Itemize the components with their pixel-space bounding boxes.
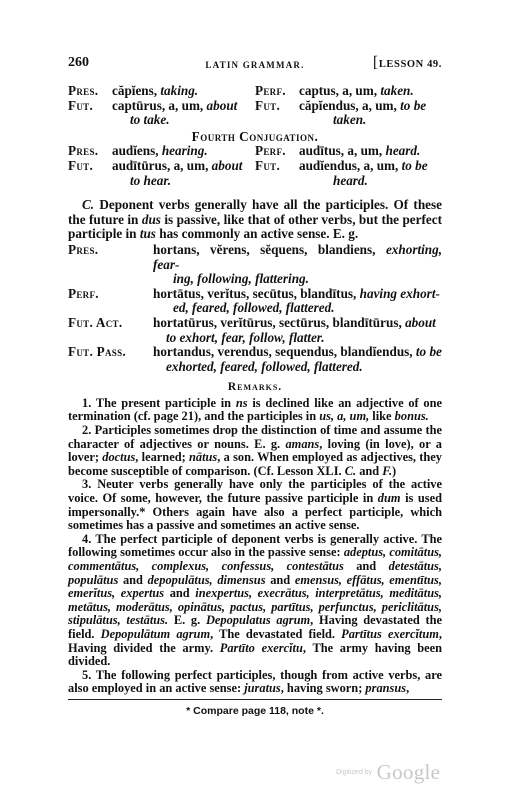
text-run: căpĭendus, a, um, [299,98,400,113]
text-run: audītus, a, um, [299,143,385,158]
third-conjugation-participles: Pres.căpĭens, taking. Fut.captūrus, a, u… [68,84,442,128]
text-run: Fut. [68,99,112,114]
text-run: juratus [244,681,281,695]
text-run: doctus [102,450,135,464]
text-run: and [266,573,295,587]
text-run: like [369,409,394,423]
footnote-divider [68,699,442,700]
text-run: to take. [130,113,170,128]
remark-2: 2. Participles sometimes drop the distin… [68,424,442,478]
text-run: căpĭens, [112,83,160,98]
text-run: tus [140,226,156,241]
text-run: to be [416,344,442,359]
text-run: captūrus, a, um, [112,98,207,113]
text-run: ) [392,464,396,478]
text-run: audĭens, [112,143,162,158]
text-run: Depopulatus agrum [206,613,310,627]
deponent-form-row: Fut. Pass.hortandus, verendus, sequendus… [68,345,442,360]
running-header: 260 LATIN GRAMMAR. [LESSON 49. [68,54,442,74]
remark-3: 3. Neuter verbs generally have only the … [68,478,442,532]
text-run: about [207,98,238,113]
text-run: Perf. [255,84,299,99]
text-run: dus [142,212,161,227]
text-run: and [344,559,389,573]
text-run: dum [378,491,401,505]
text-run: C. [82,197,94,212]
deponent-forms: Pres.hortans, vĕrens, sĕquens, blandiens… [68,243,442,374]
text-run: audĭendus, a, um, [299,158,402,173]
text-run: heard. [333,174,368,189]
google-logo: Google [377,760,441,784]
remarks-list: 1. The present participle in ns is decli… [68,397,442,696]
text-run: us, a, um, [319,409,369,423]
text-run: Perf. [68,287,153,302]
text-run: to be [402,158,428,173]
deponent-form-row: Perf.hortātus, verĭtus, secūtus, blandīt… [68,287,442,302]
participle-entry: Pres.căpĭens, taking. [68,84,255,99]
deponent-form-row: Fut. Act.hortatūrus, verĭtūrus, sectūrus… [68,316,442,331]
text-run: captus, a, um, [299,83,380,98]
text-run: , The devastated field. [210,627,341,641]
text-run: and [164,586,195,600]
text-run: nātus [189,450,217,464]
text-run: hearing. [162,143,208,158]
deponent-form-row: Pres.hortans, vĕrens, sĕquens, blandiens… [68,243,442,272]
text-run: Digitized by [336,769,372,776]
text-run: pransus [365,681,406,695]
text-run: ed, feared, followed, flattered. [173,301,335,316]
participle-entry: Fut.audītūrus, a, um, about [68,159,255,174]
text-run: Pres. [68,84,112,99]
participle-entry: Perf.audītus, a, um, heard. [255,144,442,159]
text-run: E. g. [168,613,206,627]
text-run: C. [345,464,356,478]
text-run: Pres. [68,243,153,272]
section-heading-fourth-conjugation: Fourth Conjugation. [68,130,442,145]
text-run: Depopulātum agrum [101,627,210,641]
text-run: and [118,573,147,587]
text-run: Fut. Act. [68,316,153,331]
text-run: amans [285,437,319,451]
participle-entry: Pres.audĭens, hearing. [68,144,255,159]
text-run: Fut. [255,159,299,174]
text-run: , having sworn; [281,681,366,695]
lesson-label: [LESSON 49. [373,56,442,73]
text-run: Partītus exercĭtum [341,627,439,641]
text-run: LESSON 49. [379,59,442,70]
text-run: Fut. [255,99,299,114]
text-run: Perf. [255,144,299,159]
text-run: ing, following, flattering. [173,272,309,287]
text-run: ns [236,396,248,410]
participle-entry: Fut.captūrus, a, um, about [68,99,255,114]
remark-5: 5. The following perfect participles, th… [68,669,442,696]
text-run: , learned; [135,450,189,464]
text-run: to hear. [130,174,171,189]
participle-entry: Fut.căpĭendus, a, um, to be [255,99,442,114]
section-c-paragraph: C. Deponent verbs generally have all the… [68,198,442,242]
text-run: 1. The present participle in [82,396,236,410]
text-run: taken. [333,113,366,128]
participle-entry: Fut.audĭendus, a, um, to be [255,159,442,174]
participle-entry: Perf.captus, a, um, taken. [255,84,442,99]
text-run: Partīto exercĭtu [220,641,303,655]
text-run: hortātus, verĭtus, secūtus, blandītus, [153,286,360,301]
footnote: * Compare page 118, note *. [68,704,442,719]
book-page: 260 LATIN GRAMMAR. [LESSON 49. Pres.căpĭ… [68,54,442,719]
remarks-heading: Remarks. [68,380,442,395]
text-run: about [212,158,243,173]
text-run: taking. [160,83,198,98]
text-run: hortans, vĕrens, sĕquens, blandiens, [153,242,386,257]
text-run: hortandus, verendus, sequendus, blandĭen… [153,344,416,359]
text-run: , [406,681,409,695]
text-run: to be [400,98,426,113]
text-run: F. [382,464,392,478]
text-run: taken. [380,83,413,98]
remark-4: 4. The perfect participle of deponent ve… [68,533,442,669]
text-run: Pres. [68,144,112,159]
text-run: has commonly an active sense. E. g. [156,226,358,241]
text-run: about [405,315,436,330]
text-run: hortatūrus, verĭtūrus, sectūrus, blandīt… [153,315,405,330]
text-run: Fut. [68,159,112,174]
text-run: heard. [385,143,420,158]
text-run: to exhort, fear, follow, flatter. [166,331,325,346]
digitized-by-google-watermark: Digitized by Google [336,760,440,785]
text-run: Fut. Pass. [68,345,153,360]
text-run: depopulātus, dimensus [148,573,266,587]
remark-1: 1. The present participle in ns is decli… [68,397,442,424]
text-run: and [356,464,382,478]
text-run: audītūrus, a, um, [112,158,212,173]
text-run: having exhort- [360,286,440,301]
fourth-conjugation-participles: Pres.audĭens, hearing. Fut.audītūrus, a,… [68,144,442,188]
text-run: exhorted, feared, followed, flattered. [166,360,363,375]
text-run: bonus. [395,409,429,423]
